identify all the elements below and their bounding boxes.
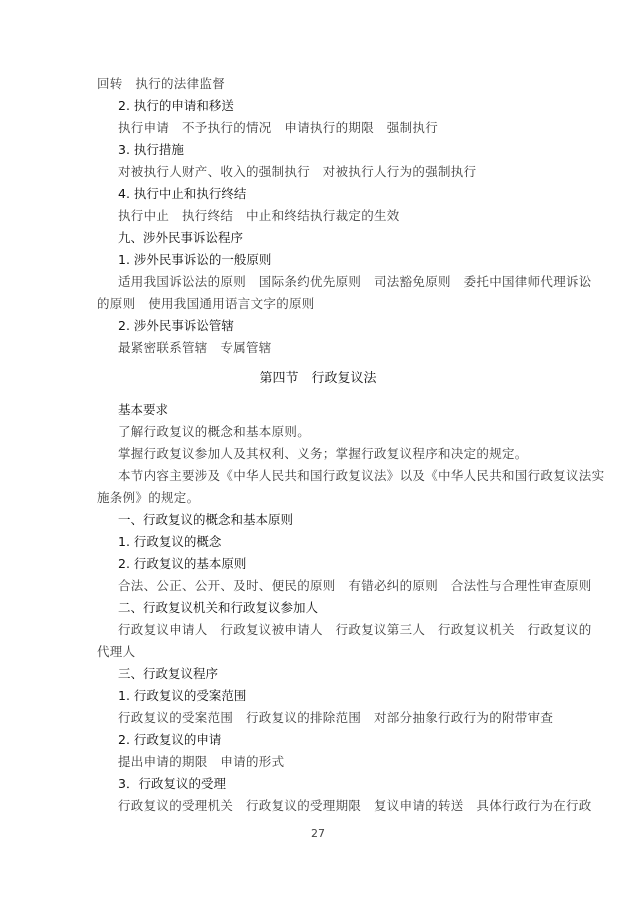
section-heading: 九、涉外民事诉讼程序 [118,230,243,246]
text-line: 对被执行人财产、收入的强制执行 对被执行人行为的强制执行 [118,164,476,180]
text-line: 适用我国诉讼法的原则 国际条约优先原则 司法豁免原则 委托中国律师代理诉讼 [118,274,592,290]
document-page: 回转 执行的法律监督 2. 执行的申请和移送 执行申请 不予执行的情况 申请执行… [0,0,636,900]
text-line: 施条例》的规定。 [97,490,199,506]
section-heading: 二、行政复议机关和行政复议参加人 [118,600,318,616]
chapter-section-title: 第四节 行政复议法 [0,371,636,387]
subheading: 1. 行政复议的概念 [118,534,221,550]
subheading: 2. 行政复议的基本原则 [118,556,246,572]
subheading: 2. 涉外民事诉讼管辖 [118,318,234,334]
text-line: 合法、公正、公开、及时、便民的原则 有错必纠的原则 合法性与合理性审查原则 [118,578,592,594]
text-line: 行政复议的受案范围 行政复议的排除范围 对部分抽象行政行为的附带审查 [118,710,553,726]
text-line: 代理人 [97,644,135,660]
subheading: 2. 行政复议的申请 [118,732,221,748]
section-heading: 一、行政复议的概念和基本原则 [118,512,293,528]
text-line: 掌握行政复议参加人及其权利、义务；掌握行政复议程序和决定的规定。 [118,446,528,462]
subheading: 3．行政复议的受理 [118,776,226,792]
subheading: 1. 行政复议的受案范围 [118,688,246,704]
text-line: 的原则 使用我国通用语言文字的原则 [97,296,315,312]
text-line: 行政复议申请人 行政复议被申请人 行政复议第三人 行政复议机关 行政复议的 [118,622,592,638]
section-heading: 三、行政复议程序 [118,666,218,682]
text-line: 执行申请 不予执行的情况 申请执行的期限 强制执行 [118,120,438,136]
subheading: 基本要求 [118,402,168,418]
subheading: 3. 执行措施 [118,142,184,158]
text-line: 回转 执行的法律监督 [97,76,225,92]
text-line: 最紧密联系管辖 专属管辖 [118,340,272,356]
text-line: 执行中止 执行终结 中止和终结执行裁定的生效 [118,208,400,224]
page-number: 27 [0,826,636,842]
text-line: 本节内容主要涉及《中华人民共和国行政复议法》以及《中华人民共和国行政复议法实 [118,468,604,484]
text-line: 提出申请的期限 申请的形式 [118,754,284,770]
subheading: 1. 涉外民事诉讼的一般原则 [118,252,271,268]
text-line: 了解行政复议的概念和基本原则。 [118,424,310,440]
subheading: 4. 执行中止和执行终结 [118,186,246,202]
subheading: 2. 执行的申请和移送 [118,98,234,114]
text-line: 行政复议的受理机关 行政复议的受理期限 复议申请的转送 具体行政行为在行政 [118,798,592,814]
